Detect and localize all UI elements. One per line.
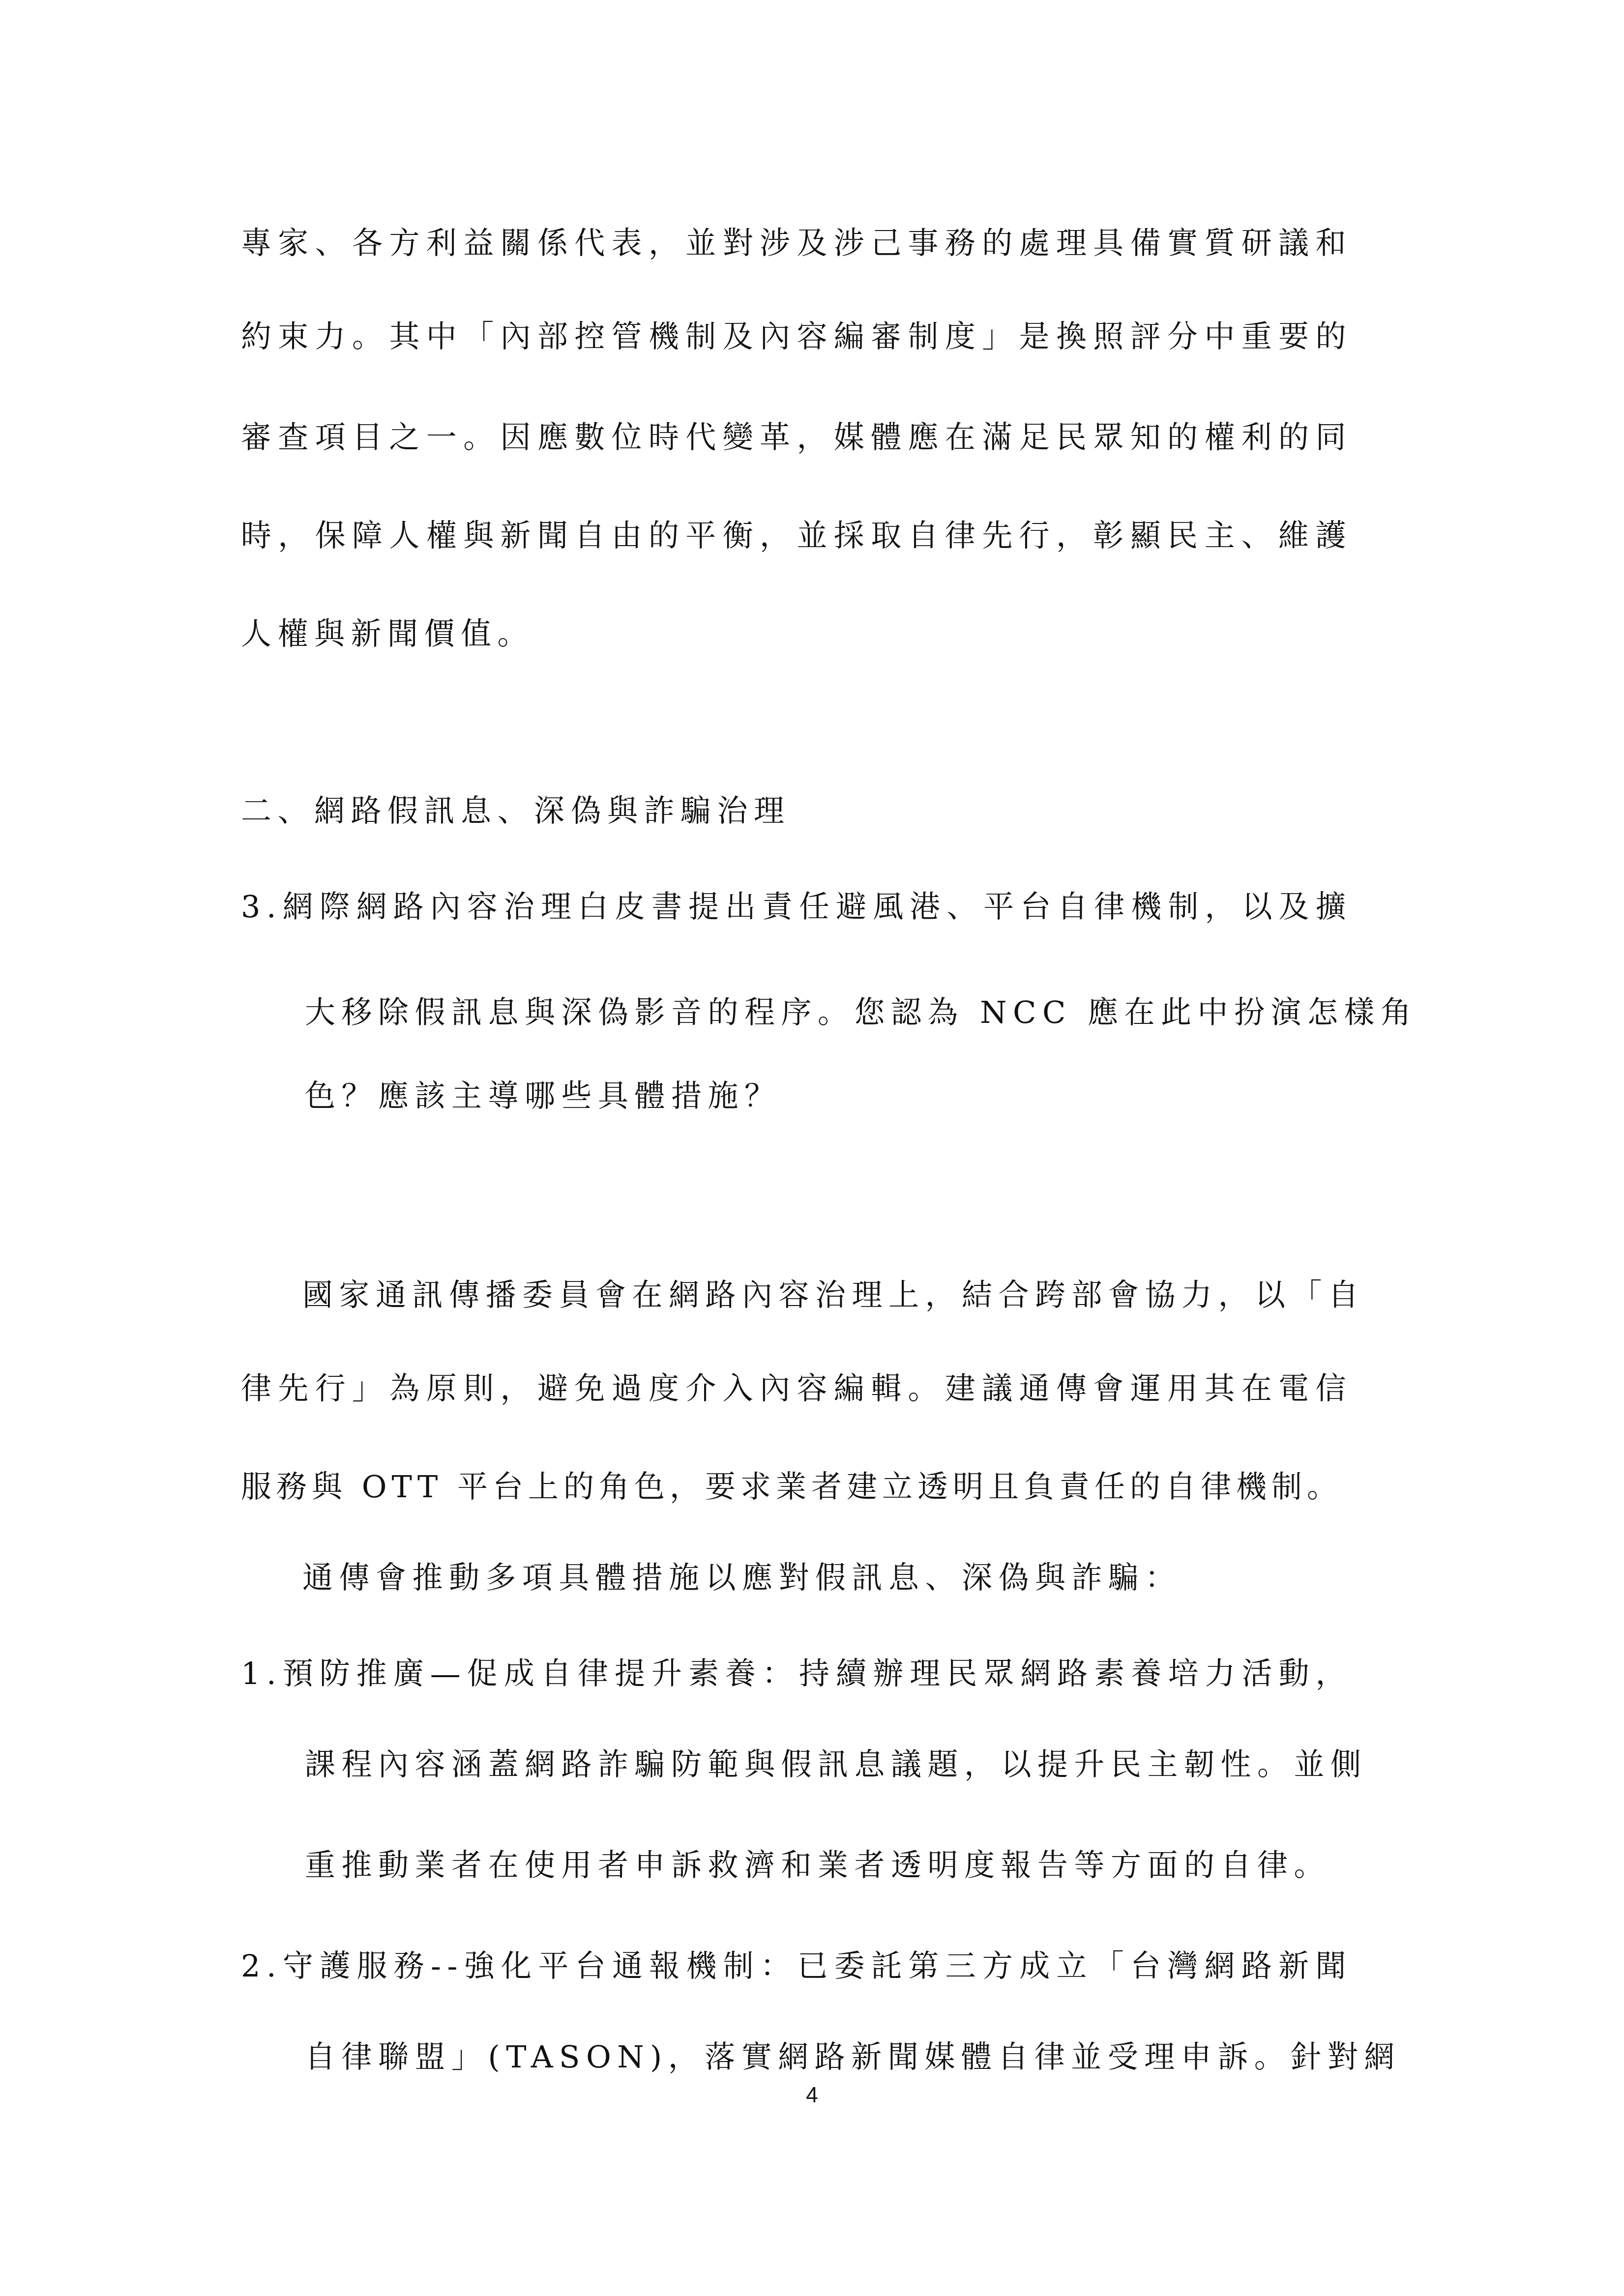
measure-line: 2.守護服務--強化平台通報機制：已委託第三方成立「台灣網路新聞 <box>241 1947 1352 1986</box>
page-number: 4 <box>0 2082 1624 2109</box>
measure-line: 1.預防推廣—促成自律提升素養：持續辦理民眾網路素養培力活動， <box>241 1654 1352 1693</box>
paragraph-line: 時，保障人權與新聞自由的平衡，並採取自律先行，彰顯民主、維護 <box>241 516 1352 555</box>
document-page: 專家、各方利益關係代表，並對涉及涉己事務的處理具備實質研議和 約束力。其中「內部… <box>0 0 1624 2296</box>
question-line: 3.網際網路內容治理白皮書提出責任避風港、平台自律機制，以及擴 <box>241 887 1352 927</box>
question-line: 色？應該主導哪些具體措施？ <box>305 1076 1352 1116</box>
measures-intro: 通傳會推動多項具體措施以應對假訊息、深偽與詐騙： <box>302 1558 1414 1598</box>
answer-line: 服務與 OTT 平台上的角色，要求業者建立透明且負責任的自律機制。 <box>241 1467 1352 1507</box>
paragraph-line: 專家、各方利益關係代表，並對涉及涉己事務的處理具備實質研議和 <box>241 224 1352 263</box>
measure-line: 重推動業者在使用者申訴救濟和業者透明度報告等方面的自律。 <box>305 1846 1352 1885</box>
paragraph-line: 審查項目之一。因應數位時代變革，媒體應在滿足民眾知的權利的同 <box>241 418 1352 457</box>
question-line: 大移除假訊息與深偽影音的程序。您認為 NCC 應在此中扮演怎樣角 <box>305 993 1352 1032</box>
measure-line: 課程內容涵蓋網路詐騙防範與假訊息議題，以提升民主韌性。並側 <box>305 1745 1352 1784</box>
paragraph-line: 人權與新聞價值。 <box>241 614 1352 654</box>
answer-line: 國家通訊傳播委員會在網路內容治理上，結合跨部會協力，以「自 <box>302 1276 1352 1315</box>
section-heading: 二、網路假訊息、深偽與詐騙治理 <box>241 791 1352 831</box>
answer-line: 律先行」為原則，避免過度介入內容編輯。建議通傳會運用其在電信 <box>241 1369 1352 1408</box>
paragraph-line: 約束力。其中「內部控管機制及內容編審制度」是換照評分中重要的 <box>241 317 1352 356</box>
measure-line: 自律聯盟」(TASON)，落實網路新聞媒體自律並受理申訴。針對網 <box>305 2037 1352 2077</box>
